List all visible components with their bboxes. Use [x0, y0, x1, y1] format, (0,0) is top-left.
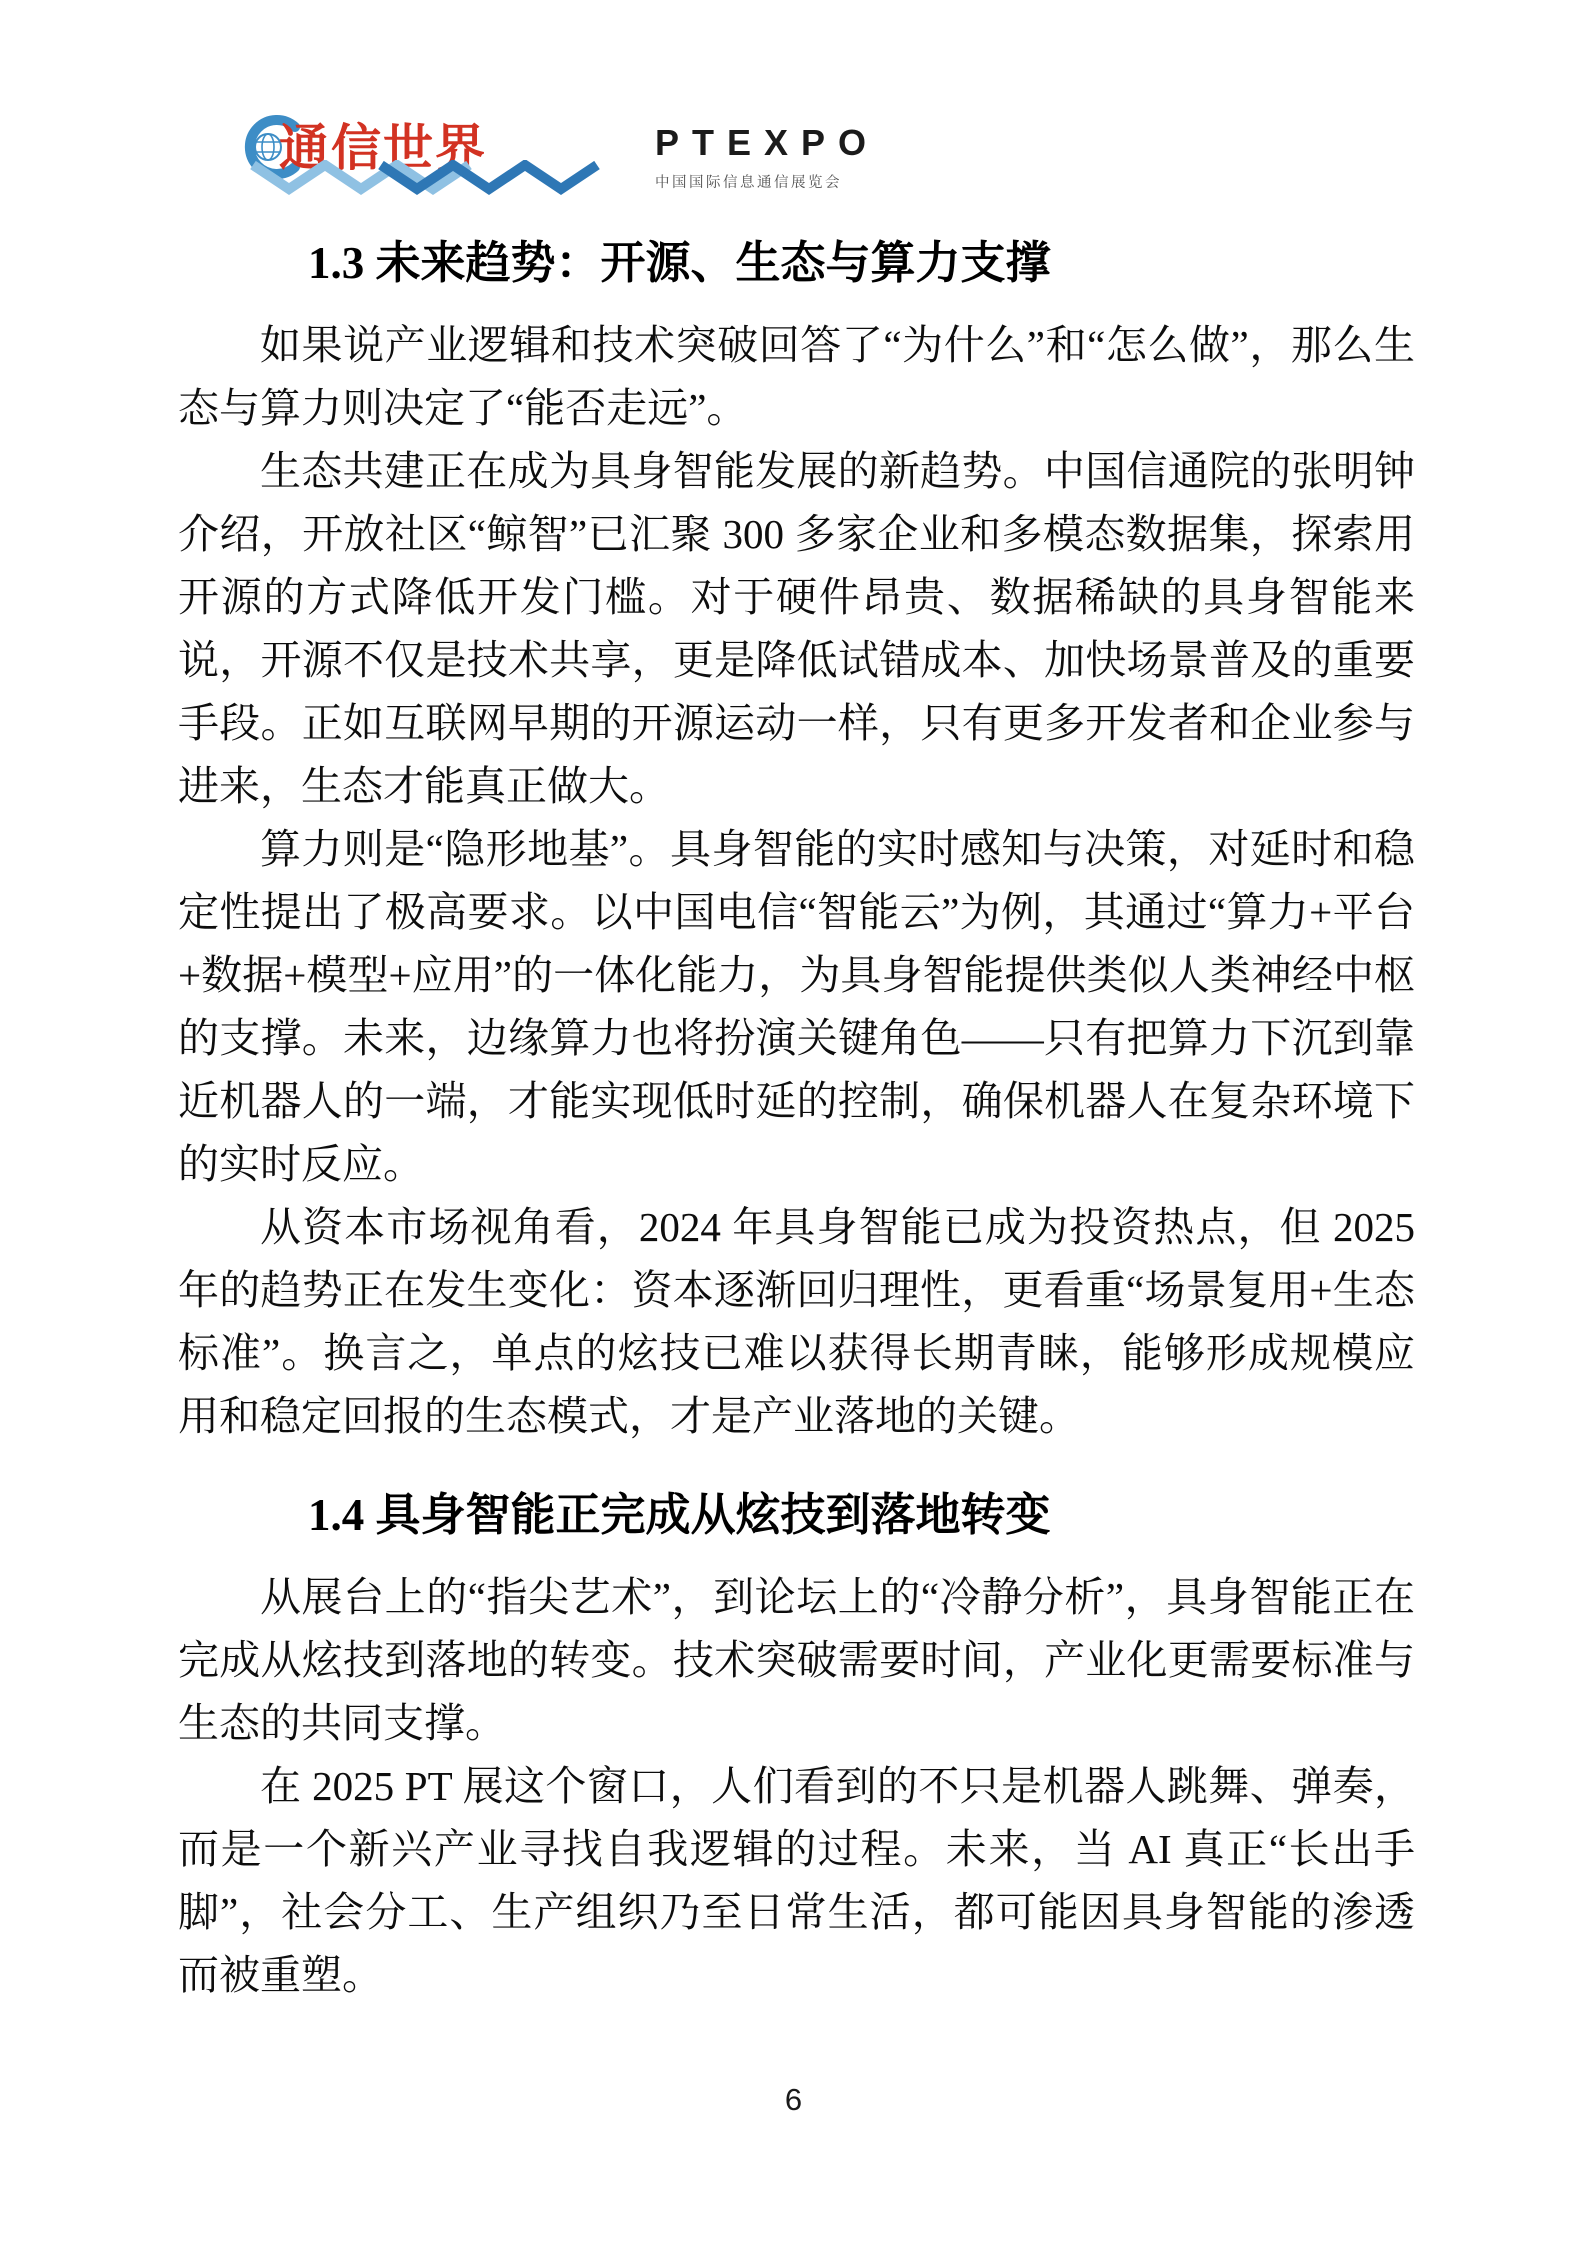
ptexpo-logo: PTEXPO 中国国际信息通信展览会 — [655, 112, 879, 192]
paragraph-capital-market: 从资本市场视角看，2024 年具身智能已成为投资热点，但 2025 年的趋势正在… — [178, 1196, 1415, 1448]
page-footer: 6 — [0, 2082, 1587, 2118]
page-header: 通信世界 PTEXPO 中国国际信息通信展览会 — [0, 0, 1587, 196]
paragraph-ecosystem-intro: 如果说产业逻辑和技术突破回答了“为什么”和“怎么做”，那么生态与算力则决定了“能… — [178, 314, 1415, 440]
ptexpo-logo-subtitle: 中国国际信息通信展览会 — [655, 171, 879, 192]
www-zigzag-icon — [247, 160, 607, 196]
section-heading-1-4: 1.4 具身智能正完成从炫技到落地转变 — [178, 1486, 1415, 1544]
document-page: 通信世界 PTEXPO 中国国际信息通信展览会 1.3 未来趋势：开源、生态与算… — [0, 0, 1587, 2245]
section-heading-1-3: 1.3 未来趋势：开源、生态与算力支撑 — [178, 234, 1415, 292]
page-number: 6 — [785, 2082, 802, 2117]
paragraph-computing-power: 算力则是“隐形地基”。具身智能的实时感知与决策，对延时和稳定性提出了极高要求。以… — [178, 818, 1415, 1196]
paragraph-transition: 从展台上的“指尖艺术”，到论坛上的“冷静分析”，具身智能正在完成从炫技到落地的转… — [178, 1566, 1415, 1755]
document-body: 1.3 未来趋势：开源、生态与算力支撑 如果说产业逻辑和技术突破回答了“为什么”… — [0, 234, 1587, 2007]
cww-logo: 通信世界 — [235, 112, 607, 196]
ptexpo-logo-text: PTEXPO — [655, 122, 879, 164]
paragraph-pt-expo-outlook: 在 2025 PT 展这个窗口，人们看到的不只是机器人跳舞、弹奏，而是一个新兴产… — [178, 1755, 1415, 2007]
paragraph-open-source: 生态共建正在成为具身智能发展的新趋势。中国信通院的张明钟介绍，开放社区“鲸智”已… — [178, 440, 1415, 818]
